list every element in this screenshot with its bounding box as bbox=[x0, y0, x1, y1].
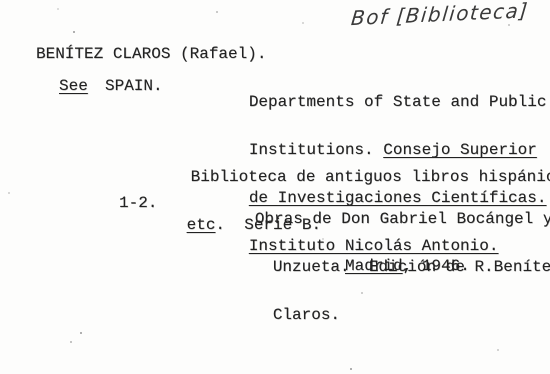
imprint-date: , 1946. bbox=[403, 257, 470, 275]
see-detail-text-1: Departments of State and Public bbox=[249, 93, 547, 111]
scan-noise bbox=[0, 0, 2, 2]
catalog-card: Bof [Biblioteca] BENÍTEZ CLAROS (Rafael)… bbox=[0, 0, 550, 374]
imprint: Madrid, 1946. bbox=[345, 258, 470, 274]
handwritten-annotation: Bof [Biblioteca] bbox=[350, 2, 529, 26]
contents-item: 1-2. Obras de Don Gabriel Bocángel y Unz… bbox=[119, 195, 550, 339]
item-line-3: Claros. bbox=[196, 291, 550, 339]
heading-author: BENÍTEZ CLAROS (Rafael). bbox=[36, 46, 266, 62]
item-number: 1-2. bbox=[119, 195, 157, 211]
item-text-1: Obras de Don Gabriel Bocángel y bbox=[255, 210, 550, 228]
see-detail-line-1: Departments of State and Public bbox=[172, 78, 502, 126]
series-line-1: Biblioteca de antiguos libros hispánicos… bbox=[133, 153, 550, 201]
item-text-3: Claros. bbox=[273, 306, 340, 324]
series-text-1: Biblioteca de antiguos libros hispánicos… bbox=[191, 168, 550, 186]
imprint-place-underlined: Madrid bbox=[345, 257, 403, 275]
see-label: See bbox=[59, 78, 88, 94]
see-target-heading: SPAIN. bbox=[105, 78, 163, 94]
item-line-1: Obras de Don Gabriel Bocángel y bbox=[178, 195, 550, 243]
